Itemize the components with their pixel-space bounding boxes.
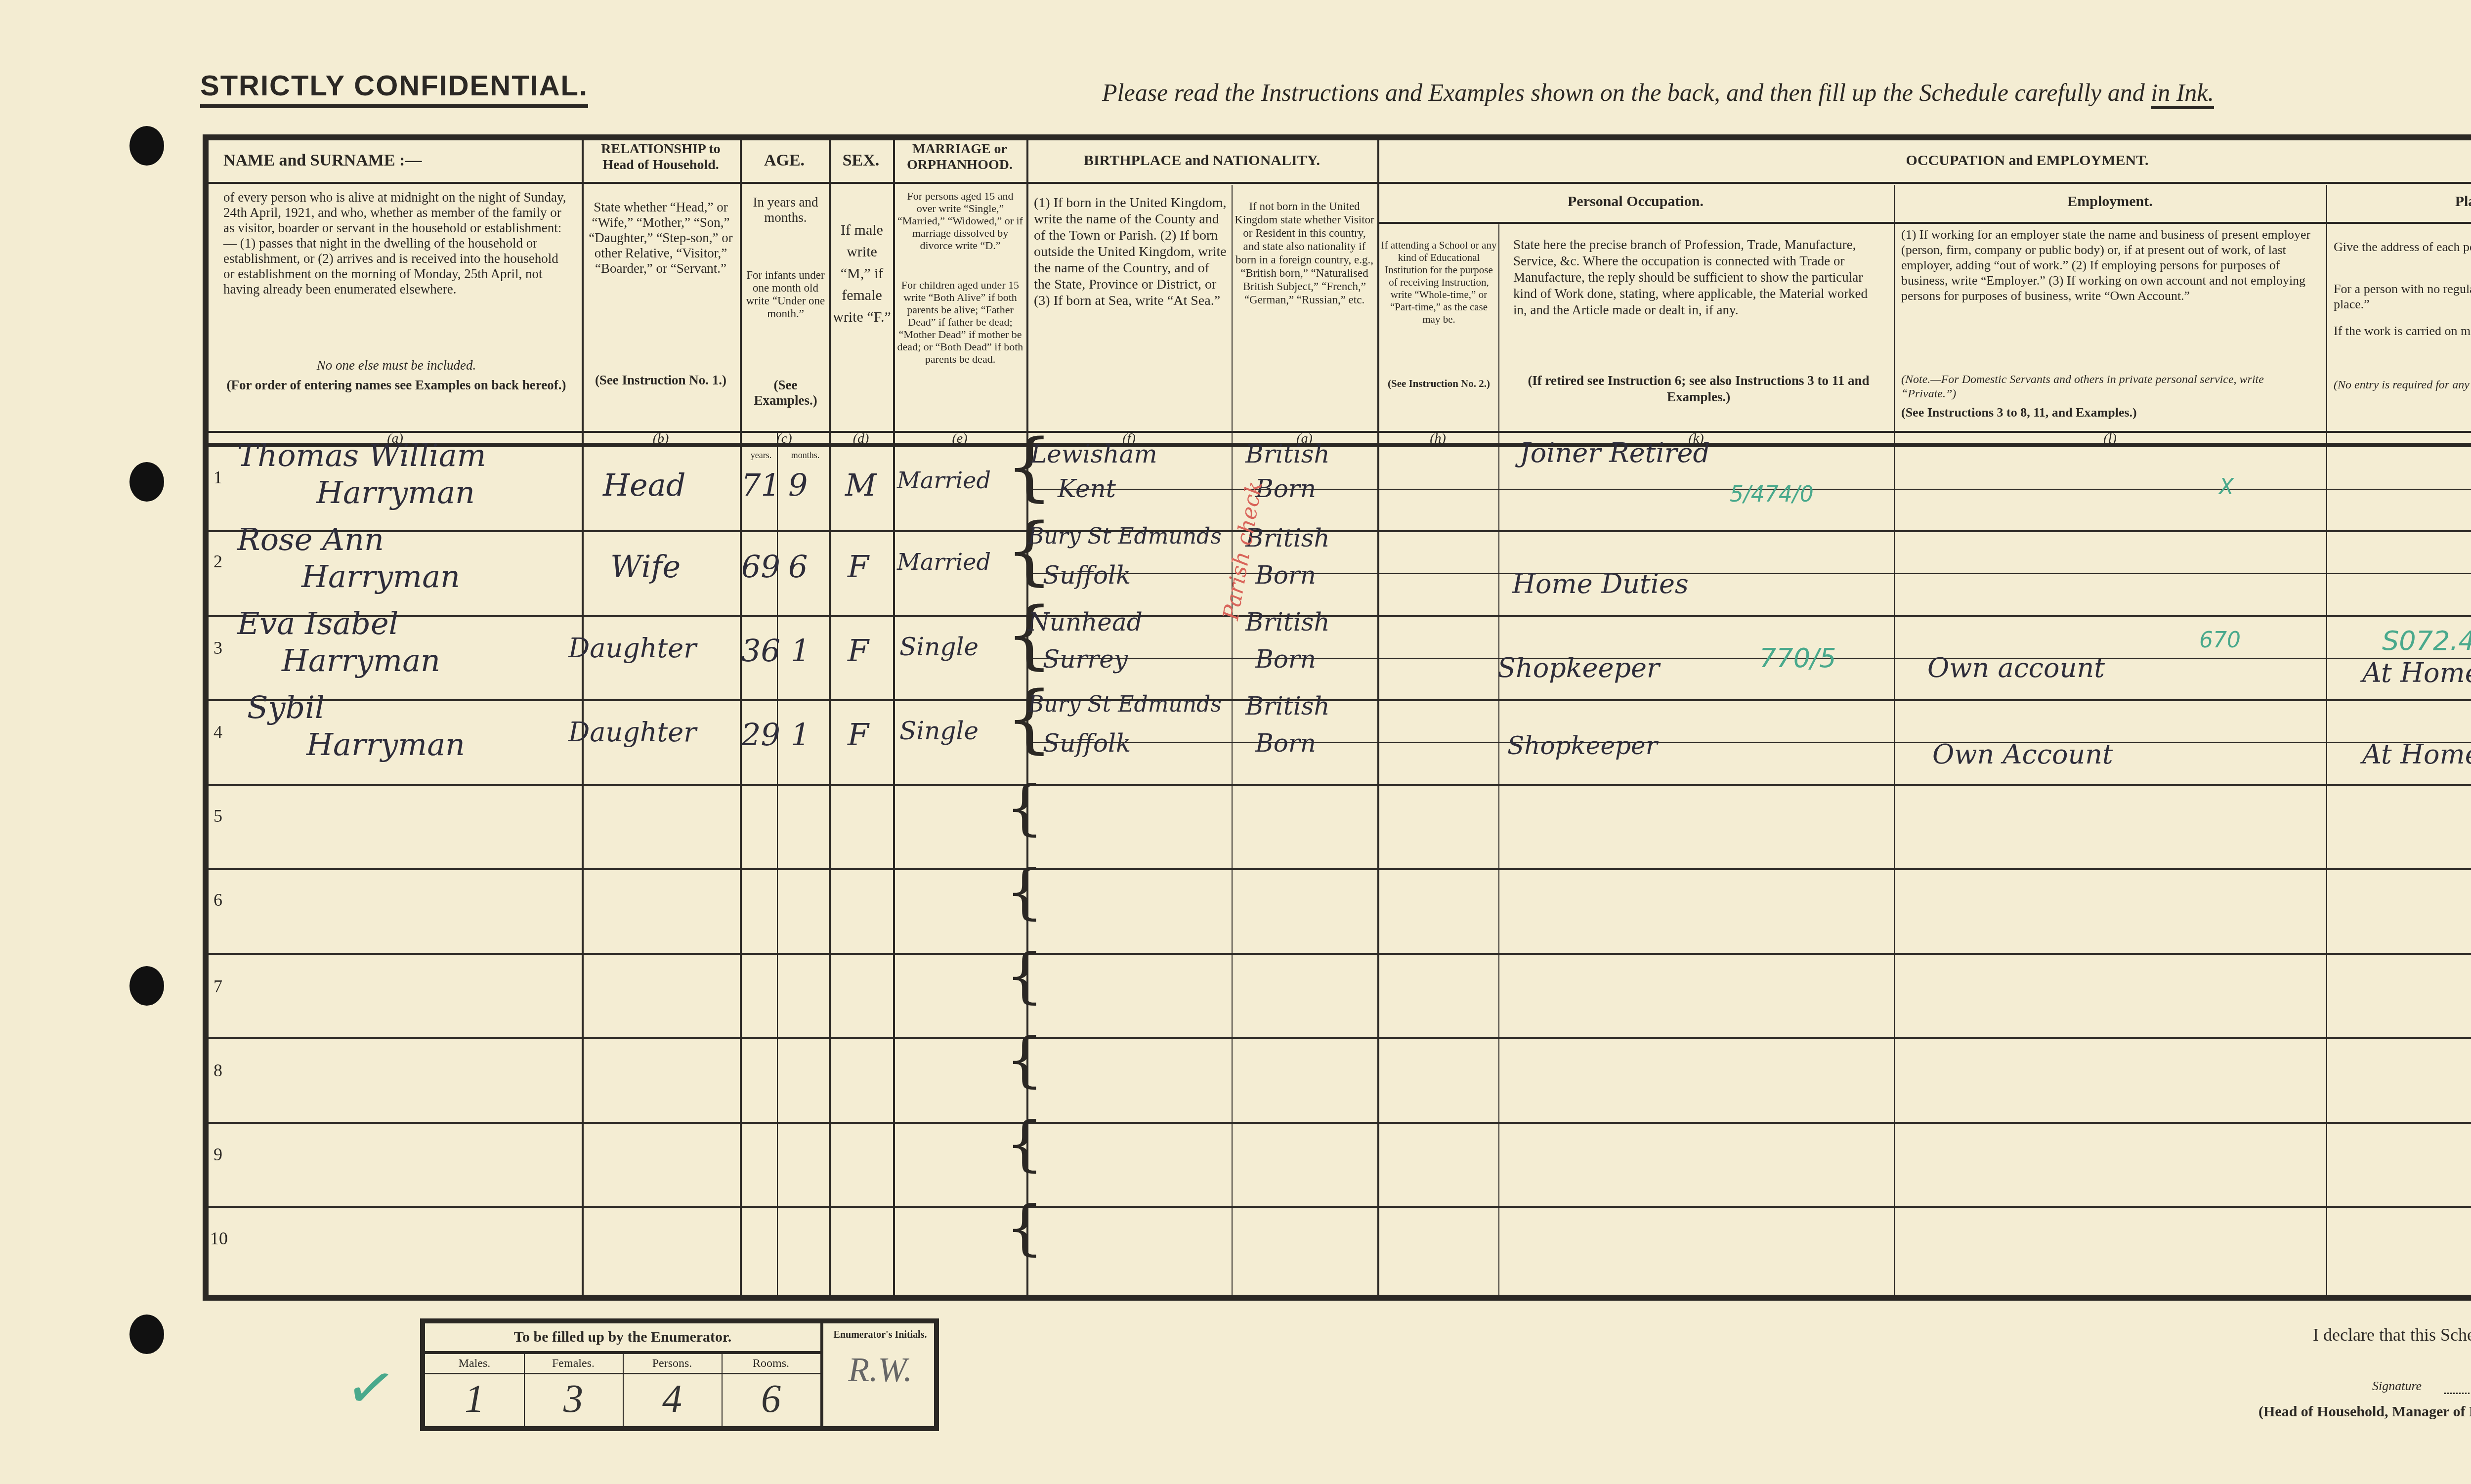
row-number: 1 xyxy=(213,467,222,488)
rooms-label: Rooms. xyxy=(722,1354,820,1374)
person-employment[interactable]: Own Account xyxy=(1932,739,2113,770)
rooms-value[interactable]: 6 xyxy=(722,1374,820,1424)
persons-cell: Persons.4 xyxy=(623,1354,723,1426)
col-d-letter: (d) xyxy=(829,431,893,447)
col-d-body: If male write “M,” if female write “F.” xyxy=(832,219,892,328)
household-schedule-table: NAME and SURNAME :— of every person who … xyxy=(203,134,2471,1301)
brace: { xyxy=(1006,1023,1043,1097)
col-a-body: of every person who is alive at midnight… xyxy=(223,190,569,297)
employment-heading: Employment. xyxy=(1896,192,2324,211)
person-age-years[interactable]: 69 xyxy=(741,549,780,585)
person-birth-county[interactable]: Kent xyxy=(1058,474,1116,503)
header-rule xyxy=(209,182,1026,184)
row-number: 5 xyxy=(213,806,222,826)
rooms-cell: Rooms.6 xyxy=(722,1354,820,1426)
col-c-body: In years and months. xyxy=(745,195,826,225)
row-number: 6 xyxy=(213,890,222,910)
persons-value[interactable]: 4 xyxy=(623,1374,722,1424)
punch-hole xyxy=(129,126,164,166)
col-h-letter: (h) xyxy=(1377,431,1498,447)
col-e-body: For persons aged 15 and over write “Sing… xyxy=(896,190,1024,252)
row-rule xyxy=(209,1122,2471,1124)
females-value[interactable]: 3 xyxy=(524,1374,623,1424)
col-c-footer: (See Examples.) xyxy=(745,378,826,408)
person-birth-county[interactable]: Suffolk xyxy=(1043,561,1131,590)
person-age-months[interactable]: 1 xyxy=(791,717,810,753)
col-g-body: If not born in the United Kingdom state … xyxy=(1234,200,1375,306)
col-m-body: Give the address of each person’s place … xyxy=(2334,239,2471,254)
person-marriage[interactable]: Married xyxy=(897,549,991,575)
person-surname[interactable]: Harryman xyxy=(282,642,440,678)
header-rule xyxy=(1026,182,1377,184)
page-title: STRICTLY CONFIDENTIAL. xyxy=(200,69,588,108)
person-birth-town[interactable]: Bury St Edmunds xyxy=(1028,692,1222,717)
instructions-line: Please read the Instructions and Example… xyxy=(1102,78,2214,107)
enumerator-box-heading: To be filled up by the Enumerator. xyxy=(425,1323,820,1354)
person-workplace[interactable]: At Home xyxy=(2362,739,2471,770)
row-rule xyxy=(209,530,2471,532)
col-fg-title: BIRTHPLACE and NATIONALITY. xyxy=(1029,151,1375,170)
punch-hole xyxy=(129,462,164,502)
person-age-months[interactable]: 6 xyxy=(788,549,808,585)
divider xyxy=(2326,185,2327,1295)
person-first-names[interactable]: Rose Ann xyxy=(237,521,384,557)
person-occupation[interactable]: Shopkeeper xyxy=(1497,652,1660,683)
row-number: 3 xyxy=(213,637,222,658)
person-nationality-2[interactable]: Born xyxy=(1255,645,1316,674)
males-label: Males. xyxy=(425,1354,524,1374)
person-nationality[interactable]: British xyxy=(1245,608,1330,636)
brace: { xyxy=(1006,1107,1043,1181)
females-cell: Females.3 xyxy=(524,1354,624,1426)
person-relationship[interactable]: Daughter xyxy=(568,717,696,748)
col-a-note: No one else must be included. xyxy=(223,358,569,373)
col-occ-title: OCCUPATION and EMPLOYMENT. xyxy=(1380,151,2471,170)
personal-occupation-heading: Personal Occupation. xyxy=(1380,192,1891,211)
col-k-body: State here the precise branch of Profess… xyxy=(1513,237,1884,318)
col-b-letter: (b) xyxy=(582,431,740,447)
col-e-body2: For children aged under 15 write “Both A… xyxy=(896,279,1024,365)
col-b-title: RELATIONSHIP to Head of Household. xyxy=(584,141,737,173)
signature-label: Signature xyxy=(2372,1379,2422,1394)
person-surname[interactable]: Harryman xyxy=(306,726,465,763)
person-first-names[interactable]: Thomas William xyxy=(237,437,486,473)
person-age-years[interactable]: 36 xyxy=(741,633,780,669)
row-number: 9 xyxy=(213,1144,222,1165)
header-rule xyxy=(1377,222,2471,224)
place-of-work-heading: Place of Work. xyxy=(2329,192,2471,211)
person-relationship[interactable]: Wife xyxy=(610,549,681,585)
males-cell: Males.1 xyxy=(425,1354,525,1426)
divider xyxy=(1232,185,1233,1295)
person-occupation[interactable]: Shopkeeper xyxy=(1507,731,1658,760)
person-sex[interactable]: F xyxy=(848,633,869,669)
age-months-subheading: months. xyxy=(782,448,829,463)
person-occupation[interactable]: Joiner Retired xyxy=(1520,437,1710,468)
initials-label: Enumerator's Initials. xyxy=(823,1323,937,1341)
row-rule xyxy=(209,784,2471,786)
row-rule xyxy=(209,953,2471,955)
col-b-footer: (See Instruction No. 1.) xyxy=(587,373,735,388)
person-birth-town[interactable]: Bury St Edmunds xyxy=(1028,524,1222,549)
signature-note: (Head of Household, Manager of Establish… xyxy=(2258,1403,2471,1420)
col-k-footer: (If retired see Instruction 6; see also … xyxy=(1513,373,1884,405)
brace: { xyxy=(1006,855,1043,929)
row-number: 4 xyxy=(213,721,222,742)
col-c-body2: For infants under one month old write “U… xyxy=(745,269,826,320)
declaration-text: I declare that this Schedule is correctl… xyxy=(2313,1324,2471,1345)
col-b-body: State whether “Head,” or “Wife,” “Mother… xyxy=(587,200,735,276)
col-l-note: (Note.—For Domestic Servants and others … xyxy=(1901,373,2319,401)
col-a-title: NAME and SURNAME :— xyxy=(223,151,569,170)
col-d-title: SEX. xyxy=(831,151,891,170)
person-nationality-2[interactable]: Born xyxy=(1255,729,1316,758)
person-marriage[interactable]: Single xyxy=(899,717,979,745)
brace: { xyxy=(1006,771,1043,845)
employment-code: 670 xyxy=(2199,628,2241,653)
row-number: 8 xyxy=(213,1060,222,1081)
females-label: Females. xyxy=(524,1354,623,1374)
divider xyxy=(1894,185,1895,1295)
col-c-title: AGE. xyxy=(742,151,826,170)
punch-hole xyxy=(129,966,164,1006)
col-h-footer: (See Instruction No. 2.) xyxy=(1381,378,1497,390)
person-age-years[interactable]: 29 xyxy=(741,717,780,753)
col-m-body2: For a person with no regular place of wo… xyxy=(2334,281,2471,312)
persons-label: Persons. xyxy=(623,1354,722,1374)
sub-rule xyxy=(1029,742,2471,743)
workplace-code: S072.42 xyxy=(2382,625,2471,656)
person-relationship[interactable]: Daughter xyxy=(568,633,696,664)
person-birth-town[interactable]: Nunhead xyxy=(1028,608,1143,636)
person-nationality-2[interactable]: Born xyxy=(1255,561,1316,590)
person-relationship[interactable]: Head xyxy=(603,467,685,503)
row-number: 2 xyxy=(213,551,222,572)
col-h-body: If attending a School or any kind of Edu… xyxy=(1381,239,1497,326)
col-e-title: MARRIAGE or ORPHANHOOD. xyxy=(895,141,1024,173)
person-occupation[interactable]: Home Duties xyxy=(1512,568,1689,599)
col-l-letter: (l) xyxy=(1894,431,2326,447)
signature-line xyxy=(2444,1393,2471,1394)
person-first-names[interactable]: Eva Isabel xyxy=(237,605,398,641)
col-f-body: (1) If born in the United Kingdom, write… xyxy=(1034,195,1227,309)
row-number: 7 xyxy=(213,976,222,997)
person-sex[interactable]: M xyxy=(845,467,876,503)
row-rule xyxy=(209,615,2471,617)
person-workplace[interactable]: At Home xyxy=(2362,657,2471,688)
occupation-code: 5/474/0 xyxy=(1730,482,1814,507)
person-nationality[interactable]: British xyxy=(1245,440,1330,468)
person-first-names[interactable]: Sybil xyxy=(247,689,325,725)
person-sex[interactable]: F xyxy=(848,549,869,585)
person-birth-county[interactable]: Suffolk xyxy=(1043,729,1131,758)
males-value[interactable]: 1 xyxy=(425,1374,524,1424)
row-rule xyxy=(209,1037,2471,1039)
enumerator-summary-box: To be filled up by the Enumerator. Males… xyxy=(420,1318,939,1431)
person-age-months[interactable]: 9 xyxy=(788,467,808,503)
brace: { xyxy=(1006,1191,1043,1265)
employment-mark: X xyxy=(2219,474,2234,500)
row-rule xyxy=(209,1206,2471,1208)
person-surname[interactable]: Harryman xyxy=(316,474,475,510)
col-l-footer: (See Instructions 3 to 8, 11, and Exampl… xyxy=(1901,405,2319,420)
initials-value[interactable]: R.W. xyxy=(823,1341,937,1390)
col-m-body3: If the work is carried on mainly at home… xyxy=(2334,323,2471,339)
person-birth-county[interactable]: Surrey xyxy=(1043,645,1128,674)
col-a-footer: (For order of entering names see Example… xyxy=(223,378,569,393)
instructions-text: Please read the Instructions and Example… xyxy=(1102,79,2151,106)
col-c-letter: (c) xyxy=(740,431,829,447)
person-age-months[interactable]: 1 xyxy=(791,633,810,669)
age-years-subheading: years. xyxy=(741,448,781,463)
header-rule xyxy=(1377,182,2471,184)
person-age-years[interactable]: 71 xyxy=(741,467,780,503)
person-sex[interactable]: F xyxy=(848,717,869,753)
person-marriage[interactable]: Married xyxy=(897,467,991,494)
person-surname[interactable]: Harryman xyxy=(301,558,460,594)
brace: { xyxy=(1006,939,1043,1013)
enumerator-initials-cell: Enumerator's Initials. R.W. xyxy=(820,1323,937,1426)
col-l-body: (1) If working for an employer state the… xyxy=(1901,227,2319,303)
sub-rule xyxy=(1029,658,2471,659)
person-employment[interactable]: Own account xyxy=(1927,652,2105,683)
col-m-note: (No entry is required for any person who… xyxy=(2334,378,2471,393)
col-m-letter: (m) xyxy=(2326,431,2471,447)
person-nationality[interactable]: British xyxy=(1245,692,1330,721)
divider xyxy=(1498,224,1499,1295)
row-rule xyxy=(209,699,2471,701)
row-number: 10 xyxy=(210,1228,228,1249)
row-rule xyxy=(209,868,2471,870)
instructions-ink: in Ink. xyxy=(2151,79,2214,109)
person-birth-town[interactable]: Lewisham xyxy=(1030,440,1157,468)
punch-hole xyxy=(129,1314,164,1354)
occupation-code: 770/5 xyxy=(1759,642,1836,674)
person-marriage[interactable]: Single xyxy=(899,633,979,661)
